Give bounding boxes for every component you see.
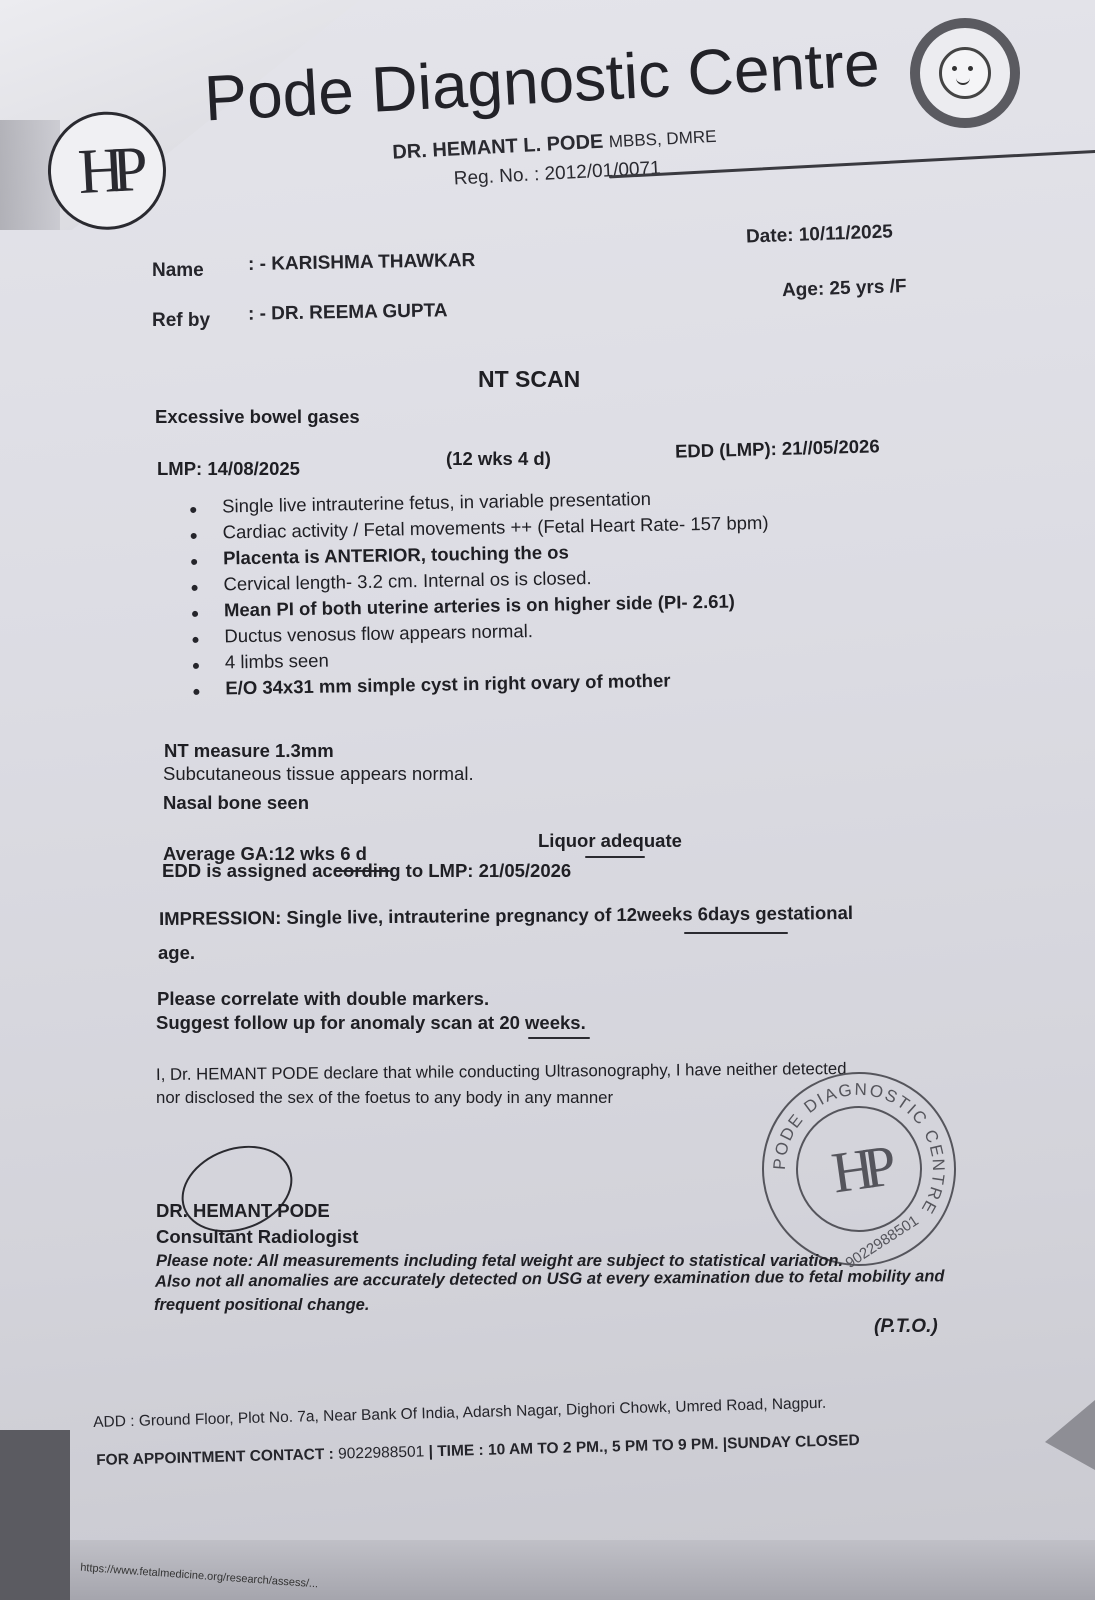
impression-continued: age. xyxy=(158,942,195,964)
disclaimer-line-3: frequent positional change. xyxy=(154,1296,369,1315)
name-label: Name xyxy=(152,260,204,282)
pen-underline xyxy=(528,1037,590,1039)
signatory-name: DR. HEMANT PODE xyxy=(156,1200,330,1222)
refby-label: Ref by xyxy=(152,310,210,332)
findings-list: Single live intrauterine fetus, in varia… xyxy=(190,484,894,704)
subcutaneous-tissue: Subcutaneous tissue appears normal. xyxy=(163,763,474,785)
patient-name: : - KARISHMA THAWKAR xyxy=(248,250,476,276)
ga-by-lmp: (12 wks 4 d) xyxy=(446,448,551,470)
pen-underline xyxy=(585,856,645,858)
sunday-closed: SUNDAY CLOSED xyxy=(727,1432,860,1452)
hp-monogram-logo-icon: HP xyxy=(45,109,169,233)
doctor-credentials: DR. HEMANT L. PODE MBBS, DMRE xyxy=(392,125,717,165)
nt-measure: NT measure 1.3mm xyxy=(164,740,334,762)
logo-monogram-text: HP xyxy=(76,132,138,209)
signatory-designation: Consultant Radiologist xyxy=(156,1226,358,1248)
advice-anomaly-scan: Suggest follow up for anomaly scan at 20… xyxy=(156,1012,586,1034)
scan-note: Excessive bowel gases xyxy=(155,406,360,428)
contact-phone: 9022988501 xyxy=(338,1443,425,1462)
reg-label: Reg. No. : xyxy=(453,164,540,189)
doctor-qualifications: MBBS, DMRE xyxy=(608,127,717,152)
patient-age: Age: 25 yrs /F xyxy=(782,276,907,302)
report-title: NT SCAN xyxy=(478,366,580,393)
declaration-line-2: nor disclosed the sex of the foetus to a… xyxy=(156,1088,613,1108)
pen-underline xyxy=(684,932,788,934)
reg-value: 2012/01/0071 xyxy=(544,158,661,185)
please-turn-over: (P.T.O.) xyxy=(874,1316,938,1338)
edd-assigned: EDD is assigned according to LMP: 21/05/… xyxy=(162,860,571,882)
stamp-monogram: HP xyxy=(828,1132,891,1206)
lmp: LMP: 14/08/2025 xyxy=(157,458,300,480)
liquor-status: Liquor adequate xyxy=(538,830,682,852)
centre-seal-stamp: PODE DIAGNOSTIC CENTRE HP 9022988501 xyxy=(749,1059,968,1278)
referring-doctor: : - DR. REEMA GUPTA xyxy=(248,300,448,325)
doctor-name: DR. HEMANT L. PODE xyxy=(392,131,604,164)
nasal-bone: Nasal bone seen xyxy=(163,792,309,814)
advice-double-markers: Please correlate with double markers. xyxy=(157,988,489,1010)
background-surface xyxy=(0,1430,70,1600)
centre-name: Pode Diagnostic Centre xyxy=(202,26,881,135)
girl-face-icon xyxy=(939,47,991,99)
girl-child-emblem-icon xyxy=(910,18,1020,128)
